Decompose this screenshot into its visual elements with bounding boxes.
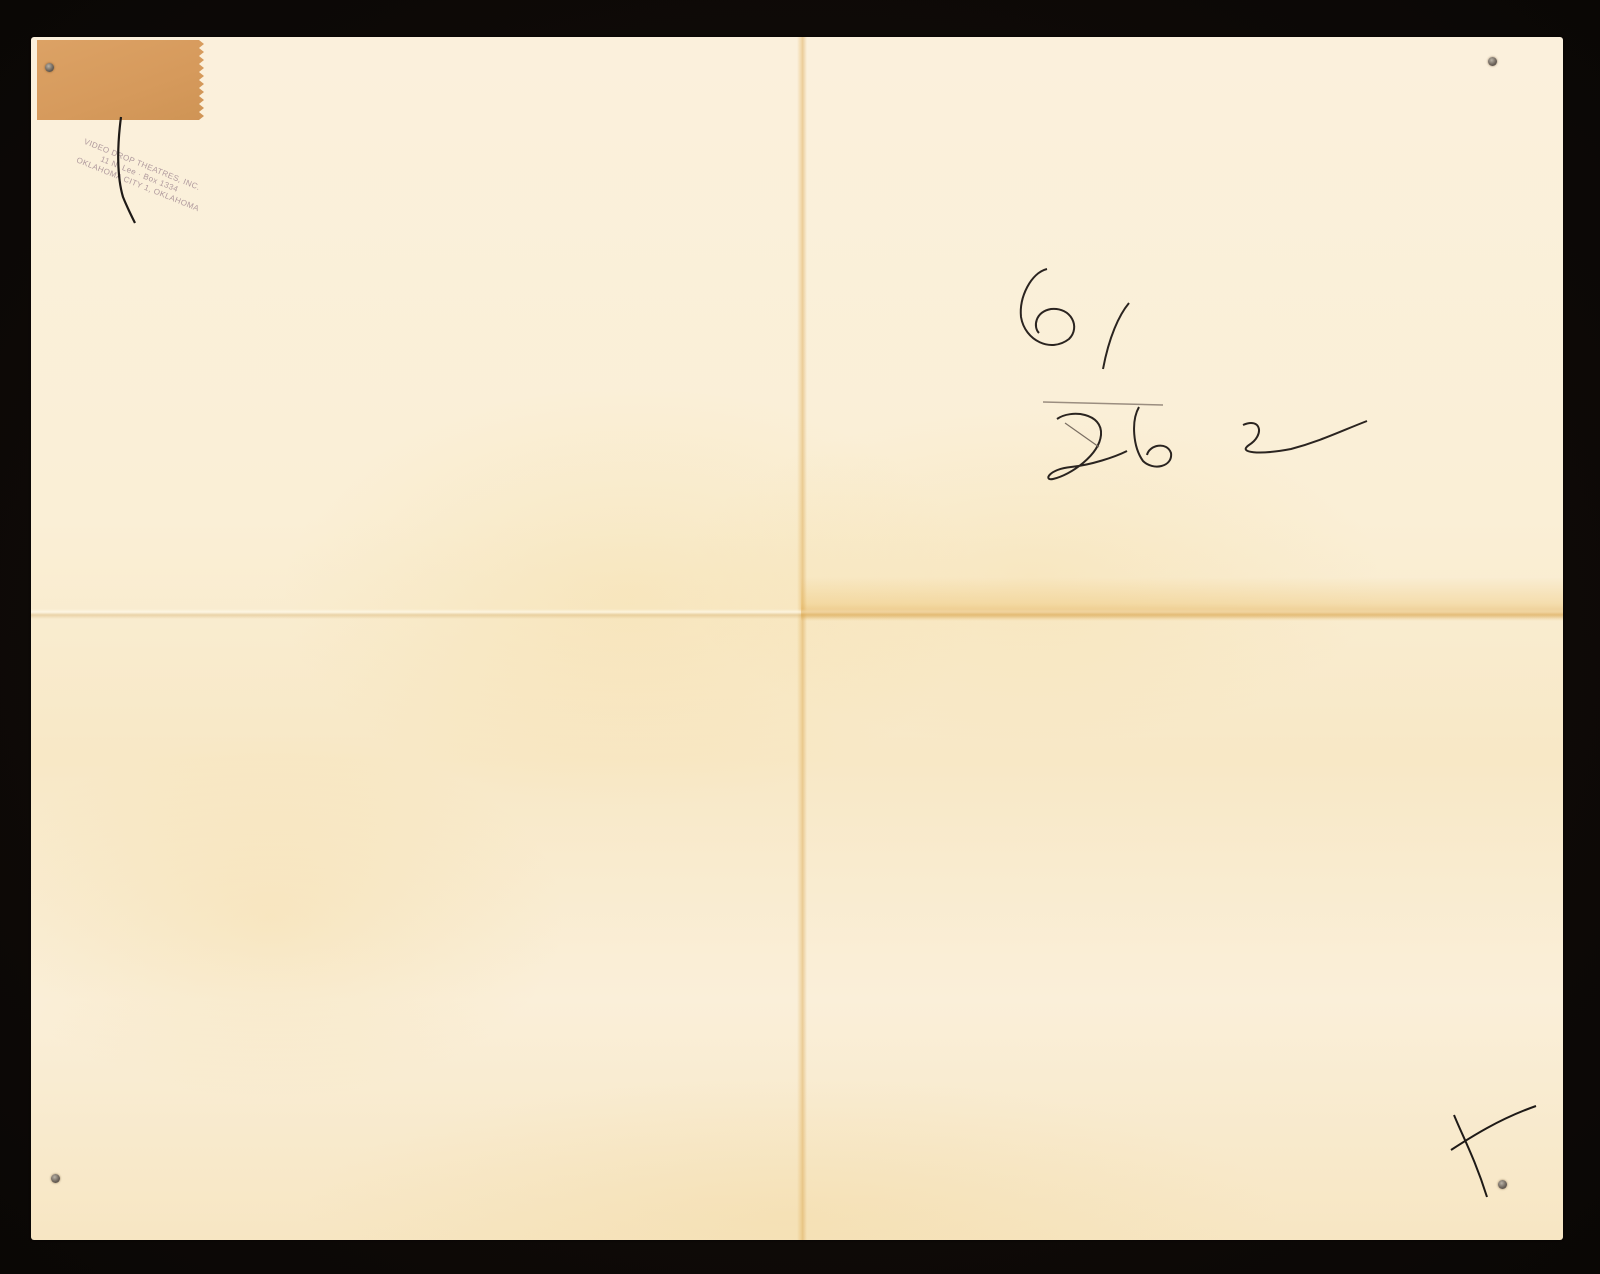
pencil-digit-6-icon <box>1021 269 1074 345</box>
pin-top-left-icon <box>45 63 54 72</box>
pencil-x-stroke-1-icon <box>1454 1115 1487 1197</box>
pin-top-right-icon <box>1488 57 1497 66</box>
pencil-digit-1-icon <box>1103 303 1129 369</box>
vertical-fold-crease <box>797 37 807 1240</box>
pin-bottom-right-icon <box>1498 1180 1507 1189</box>
handwritten-top-number: 61 <box>31 37 32 38</box>
pencil-digit-2-icon <box>1048 414 1127 479</box>
black-frame: VIDEO DROP THEATRES, INC. 11 N. Lee · Bo… <box>0 0 1600 1274</box>
masking-tape <box>37 40 204 120</box>
pencil-digit-2b-icon <box>1243 421 1367 452</box>
stamp-line-2: 11 N. Lee · Box 1334 <box>79 146 268 230</box>
pin-bottom-left-icon <box>51 1174 60 1183</box>
pencil-digit-6b-icon <box>1134 407 1171 467</box>
poster-back-paper: VIDEO DROP THEATRES, INC. 11 N. Lee · Bo… <box>31 37 1563 1240</box>
fold-staining <box>801 577 1563 621</box>
pencil-fraction-line-icon <box>1043 402 1163 405</box>
pencil-x-stroke-2-icon <box>1451 1106 1536 1150</box>
theatre-stamp: VIDEO DROP THEATRES, INC. 11 N. Lee · Bo… <box>75 137 272 240</box>
